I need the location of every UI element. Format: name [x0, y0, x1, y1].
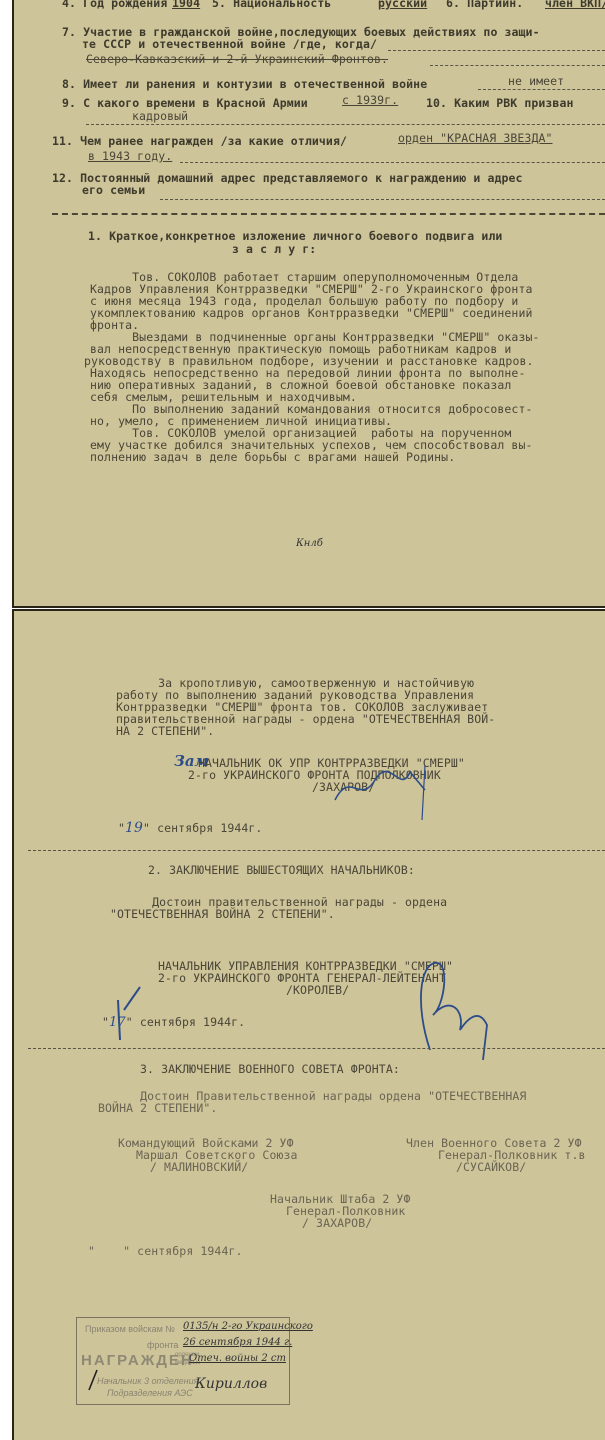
- item10-value: кадровый: [132, 110, 188, 123]
- item7-value: Северо-Кавказский и 2-й Украинский Фронт…: [86, 53, 388, 66]
- item8-value: не имеет: [508, 75, 564, 88]
- item4-value: 1904: [172, 0, 200, 10]
- stamp-order-label: Приказом войскам №: [85, 1324, 175, 1334]
- section3-body-line2: ВОЙНА 2 СТЕПЕНИ".: [98, 1102, 217, 1115]
- sign1-date-rest: сентября 1944г.: [150, 821, 262, 835]
- item8-label: 8. Имеет ли ранения и контузии в отечест…: [62, 78, 427, 91]
- item6-label: 6. Партийн.: [446, 0, 523, 10]
- item6-value: член ВКП/б/: [545, 0, 605, 10]
- sign1-date-day: 19: [125, 820, 143, 836]
- right-sign-line3: /СУСАЙКОВ/: [456, 1161, 526, 1174]
- item8-fill-line: [478, 89, 605, 90]
- item12-line2: его семьи: [82, 184, 145, 197]
- section2-body-line2: "ОТЕЧЕСТВЕННАЯ ВОЙНА 2 СТЕПЕНИ".: [110, 908, 335, 921]
- item5-label: 5. Национальность: [212, 0, 331, 10]
- item7-fill-line: [388, 50, 605, 51]
- item11-fill-line: [180, 162, 605, 163]
- section2-title: 2. ЗАКЛЮЧЕНИЕ ВЫШЕСТОЯЩИХ НАЧАЛЬНИКОВ:: [148, 864, 415, 877]
- item12-fill-line: [160, 199, 605, 200]
- stamp-front-value: 26 сентября 1944 г.: [183, 1337, 292, 1348]
- signature-scribble-icon: [330, 760, 440, 820]
- document-sheet-2: [12, 609, 605, 1440]
- section3-date: " " сентября 1944г.: [88, 1245, 243, 1258]
- section2-date-rest: сентября 1944г.: [133, 1015, 245, 1029]
- section1-title-line2: з а с л у г:: [232, 243, 316, 256]
- item10-fill-line: [86, 124, 605, 125]
- conclusion-line: НА 2 СТЕПЕНИ".: [116, 725, 214, 738]
- stamp-awarded-value: Отеч. войны 2 ст: [189, 1353, 286, 1364]
- item11-label: 11. Чем ранее награжден /за какие отличи…: [52, 135, 347, 148]
- section-separator: [28, 850, 605, 851]
- section-separator: [28, 1048, 605, 1049]
- stamp-head-label1: Начальник 3 отделения: [97, 1376, 198, 1386]
- section2-date-day: 17: [109, 1015, 126, 1030]
- stamp-head-label2: Подразделения АЭС: [107, 1388, 193, 1398]
- item7-line2: те СССР и отечественной войне /где, когд…: [82, 38, 377, 51]
- stamp-signature: Кириллов: [195, 1376, 267, 1392]
- item5-value: русский: [378, 0, 427, 10]
- pen-stroke-icon: [87, 1368, 101, 1392]
- section-separator: [52, 213, 605, 215]
- stamp-front-label: фронта: [147, 1340, 178, 1350]
- item9-value: с 1939г.: [342, 94, 398, 107]
- item10-label: 10. Каким РВК призван: [426, 97, 574, 110]
- body-line: полнению задач в деле борьбы с врагами н…: [90, 451, 455, 464]
- item11-value: орден "КРАСНАЯ ЗВЕЗДА": [398, 132, 553, 145]
- section3-title: 3. ЗАКЛЮЧЕНИЕ ВОЕННОГО СОВЕТА ФРОНТА:: [140, 1063, 400, 1076]
- item4-label: 4. Год рождения: [62, 0, 167, 10]
- item11-value-2: в 1943 году.: [88, 150, 172, 163]
- item7-fill-line-2: [430, 65, 605, 66]
- pencil-mark: Кнлб: [296, 538, 323, 549]
- award-order-stamp: Приказом войскам № 0135/н 2-го Украинско…: [76, 1317, 290, 1405]
- section2-date: "17" сентября 1944г.: [102, 1016, 245, 1029]
- stamp-order-value: 0135/н 2-го Украинского: [183, 1321, 313, 1332]
- sign1-date: "19" сентября 1944г.: [118, 822, 262, 835]
- body-line: укомплектованию кадров органов Контрразв…: [90, 307, 533, 320]
- section2-sign-line3: /КОРОЛЕВ/: [286, 984, 349, 997]
- center-sign-line3: / ЗАХАРОВ/: [302, 1217, 372, 1230]
- left-sign-line3: / МАЛИНОВСКИЙ/: [150, 1161, 248, 1174]
